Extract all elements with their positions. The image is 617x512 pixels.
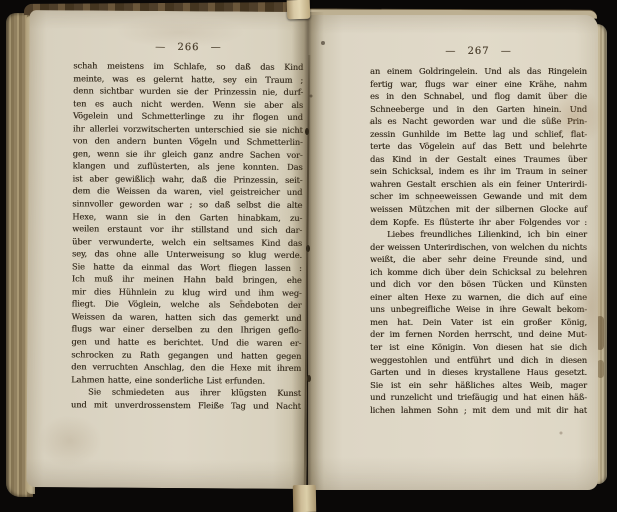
word: Weissen	[71, 311, 105, 321]
word: Gewalt	[522, 304, 551, 314]
word: eines	[494, 154, 516, 164]
word: alten	[398, 292, 419, 302]
word: im	[446, 129, 456, 139]
binding-thread-knot	[305, 128, 309, 135]
word: entführt	[457, 355, 491, 365]
word: mager	[560, 380, 587, 390]
word: welche	[170, 299, 199, 309]
word: mit	[456, 204, 470, 214]
word: süße	[542, 116, 562, 126]
word: eine	[135, 374, 152, 384]
word: erschien	[441, 179, 476, 189]
word: feiner	[516, 179, 540, 189]
word: das	[370, 154, 384, 164]
word: mit	[257, 363, 271, 373]
word: weggestohlen	[370, 355, 427, 365]
word: so	[216, 61, 225, 71]
word: konnten.	[243, 162, 279, 172]
word: als	[482, 179, 494, 189]
word: sind,	[545, 254, 565, 264]
text-line: undmitunverdrossenstemFleißeTagundNacht	[71, 399, 301, 413]
word: in	[386, 91, 394, 101]
word: gen,	[73, 148, 91, 158]
word: Garten	[496, 104, 525, 114]
word: zuflüsterten,	[137, 161, 189, 171]
word: runzelicht	[390, 392, 432, 402]
word: sey,	[72, 249, 87, 259]
word: da	[157, 186, 167, 196]
word: als	[198, 162, 210, 172]
word: lahmen	[401, 405, 431, 415]
word: als	[508, 66, 520, 76]
word: Von	[473, 342, 488, 352]
word: geistreicher	[230, 187, 280, 197]
word: ein	[501, 317, 514, 327]
word: und	[113, 161, 129, 171]
word: ihr	[171, 224, 183, 234]
text-line: ichkommedichüberdeinSchicksalzubelehren	[370, 267, 587, 280]
word: Es	[424, 217, 434, 227]
word: wahren	[370, 179, 401, 189]
binding-thread-knot	[307, 375, 311, 382]
word: in	[545, 355, 553, 365]
text-line: seinSchicksal,indemesihrimTrauminseiner	[370, 166, 587, 179]
word: fliegt.	[72, 299, 96, 309]
word: ihm	[258, 287, 274, 297]
word: auch	[112, 98, 132, 108]
word: jene	[217, 162, 234, 172]
word: freundliches	[420, 229, 471, 239]
word: mit	[94, 399, 108, 409]
word: auf	[462, 141, 475, 151]
word: und	[518, 329, 534, 339]
word: war	[99, 324, 115, 334]
word: scher	[370, 191, 393, 201]
word: Und	[211, 337, 228, 347]
text-line: eineraltenHexezuwarnen,diedichaufeine	[370, 292, 587, 305]
word: in	[548, 166, 556, 176]
left-page-text: schahmeistensimSchlafe,sodaßdasKindmeint…	[71, 60, 303, 413]
word: Und	[484, 66, 501, 76]
word: Gestalt	[457, 154, 486, 164]
word: flüsterte	[439, 217, 474, 227]
word: fliegen	[228, 262, 256, 272]
word: hatte,	[108, 374, 132, 384]
word: ist	[482, 317, 492, 327]
word: gemerkt	[244, 312, 279, 322]
word: Schicksal,	[392, 166, 434, 176]
word: ;	[190, 199, 193, 209]
wooden-stick-top	[287, 0, 311, 19]
word: terte	[370, 141, 390, 151]
word: Sachen	[250, 149, 280, 159]
word: Bette	[464, 129, 486, 139]
word: waren,	[129, 312, 157, 322]
word: Rath	[140, 349, 160, 359]
word: lichen	[370, 405, 395, 415]
word: Fleiße	[198, 400, 224, 410]
word: das	[483, 141, 497, 151]
word: lag	[493, 129, 506, 139]
word: meinte,	[73, 73, 104, 83]
word: List	[206, 375, 221, 385]
word: und	[498, 355, 514, 365]
word: ist	[72, 173, 82, 183]
word: Hahn	[183, 274, 206, 284]
word: hatten	[165, 312, 192, 322]
word: Weib,	[530, 380, 553, 390]
word: dem	[569, 191, 587, 201]
word: ist	[389, 342, 399, 352]
word: im	[399, 191, 409, 201]
text-line: aneinemGoldringelein.UndalsdasRingelein	[370, 66, 587, 79]
word: Gewande	[483, 191, 521, 201]
word: verruchten	[92, 362, 138, 372]
word: schlief,	[535, 129, 564, 139]
word: und	[528, 191, 544, 201]
word: ist	[391, 380, 401, 390]
word: flog	[494, 91, 510, 101]
word: und	[515, 405, 531, 415]
word: vor	[566, 217, 579, 227]
word: damit	[517, 91, 541, 101]
word: und	[370, 279, 386, 289]
word: der	[370, 329, 384, 339]
word: sich	[199, 312, 216, 322]
text-line: weissenMützchenmitdersilbernenGlockeauf	[370, 204, 587, 217]
word: mir	[72, 286, 86, 296]
word: es	[147, 337, 156, 347]
word: wurden	[139, 86, 170, 96]
word: und	[94, 337, 110, 347]
word: aber	[89, 173, 108, 183]
word: die	[211, 362, 224, 372]
word: seiner	[561, 166, 586, 176]
word: men	[370, 317, 388, 327]
word: hat	[530, 342, 543, 352]
word: Und	[570, 104, 587, 114]
word: warnen,	[468, 292, 502, 302]
word: schah	[73, 60, 97, 70]
word: Schmetterlinge	[141, 111, 205, 121]
text-line: scherimschneeweissenGewandeundmitdem	[370, 191, 587, 204]
word: einer	[566, 229, 587, 239]
word: Ihrigen	[240, 325, 270, 335]
text-line: GartenundindieseskrystalleneHausgesetzt.	[370, 367, 587, 380]
word: Krähe,	[529, 79, 556, 89]
word: in	[457, 104, 465, 114]
word: dein	[469, 267, 487, 277]
word: andre	[219, 149, 243, 159]
word: Lilienkind,	[478, 229, 522, 239]
word: Freunde	[503, 254, 538, 264]
text-line: alsesNachtgewordenwarunddiesüßePrin-	[370, 116, 587, 129]
word: sie	[550, 342, 562, 352]
word: Garten	[200, 212, 229, 222]
word: unbegreifliche	[390, 304, 450, 314]
word: andern	[117, 136, 146, 146]
word: und	[235, 287, 251, 297]
word: da	[112, 312, 122, 322]
word: Schnabel,	[424, 91, 465, 101]
word: dich	[521, 355, 539, 365]
word: bekom-	[557, 304, 587, 314]
word: aber	[264, 99, 283, 109]
word: sie	[244, 99, 256, 109]
word: den	[94, 136, 109, 146]
word: daß	[235, 61, 251, 71]
word: Sendeboten	[229, 300, 278, 310]
word: einer	[370, 292, 391, 302]
word: schmiedeten	[112, 387, 164, 397]
word: ich	[528, 229, 540, 239]
word: ein	[499, 179, 512, 189]
word: Weise	[456, 304, 480, 314]
word: fertig	[370, 79, 393, 89]
right-page-number: — 267 —	[370, 46, 587, 57]
word: Folgendes	[519, 217, 561, 227]
word: Vögeln	[189, 136, 217, 146]
text-line: lichenlahmenSohn;mitdemundmitdirhat	[370, 405, 587, 418]
word: Unterweisung	[166, 249, 224, 259]
word: war	[480, 116, 496, 126]
word: hat	[523, 392, 536, 402]
word: flugs	[71, 324, 91, 334]
word: vor	[150, 224, 163, 234]
word: den	[401, 91, 416, 101]
word: Mützchen	[409, 204, 450, 214]
text-line: derweissenUnterirdischen,vonwelchendunic…	[370, 242, 587, 255]
word: der	[435, 154, 449, 164]
word: und	[405, 367, 421, 377]
word: Hexe	[230, 363, 251, 373]
word: in	[419, 154, 427, 164]
word: die	[236, 338, 249, 348]
word: diesen	[560, 355, 587, 365]
word: und	[571, 254, 587, 264]
word: ihr	[479, 217, 491, 227]
word: was	[112, 73, 128, 83]
word: das	[94, 249, 108, 259]
word: diesen	[496, 342, 523, 352]
word: das	[398, 141, 412, 151]
word: aus	[175, 387, 189, 397]
word: einmal	[141, 262, 169, 272]
word: dem	[72, 186, 90, 196]
text-line: unsunbegreiflicheWeiseinihreGewaltbekom-	[370, 304, 587, 317]
word: bin	[546, 229, 559, 239]
word: berichtet.	[163, 337, 203, 347]
word: auf	[550, 292, 563, 302]
word: belehrte	[552, 141, 587, 151]
word: die	[268, 200, 281, 210]
word: Dein	[422, 317, 441, 327]
word: sichtbar	[100, 86, 134, 96]
word: die	[97, 186, 110, 196]
word: ich	[370, 267, 382, 277]
word: Traumes	[524, 154, 560, 164]
word: Vögelein	[73, 111, 108, 121]
word: denn	[73, 85, 94, 95]
word: Garten	[370, 367, 399, 377]
word: Kopfe.	[393, 217, 419, 227]
word: deine	[539, 329, 562, 339]
text-line: demKopfe.EsflüsterteihraberFolgendesvor:	[370, 217, 587, 230]
word: und	[237, 225, 253, 235]
word: vor	[418, 279, 431, 289]
word: ;	[464, 405, 467, 415]
word: Traum	[516, 166, 543, 176]
photograph-of-open-book: { "colors": { "background": "#0a0807", "…	[0, 0, 617, 512]
left-page-number: — 266 —	[73, 41, 303, 54]
word: gegangen	[168, 350, 209, 360]
word: mit	[549, 191, 563, 201]
word: war	[452, 79, 468, 89]
word: Vögelein	[419, 141, 454, 151]
word: sehr	[448, 254, 466, 264]
word: muß	[94, 274, 113, 284]
text-line: menhat.DeinVateristeingroßerKönig,	[370, 317, 587, 330]
word: zu	[536, 267, 546, 277]
word: zu	[452, 292, 462, 302]
word: Schneeberge	[370, 104, 424, 114]
word: von	[492, 242, 507, 252]
word: Bett	[504, 141, 521, 151]
word: im	[501, 166, 511, 176]
word: die	[508, 292, 521, 302]
word: es	[95, 98, 104, 108]
word: der	[194, 86, 208, 96]
text-line: derimfernenNordenherrscht,unddeineMut-	[370, 329, 587, 342]
word: bösen	[461, 279, 485, 289]
text-line: fertigwar,flugswareinereineKrähe,nahm	[370, 79, 587, 92]
word: die	[574, 91, 587, 101]
word: sie	[177, 86, 189, 96]
word: war	[167, 199, 183, 209]
word: und	[437, 392, 453, 402]
word: Kind	[392, 154, 411, 164]
word: einem	[387, 66, 412, 76]
word: fernen	[405, 329, 432, 339]
word: schneeweissen	[415, 191, 477, 201]
word: bringen,	[243, 275, 278, 285]
text-line: teristeineKönigin.Vondiesenhatsiedich	[370, 342, 587, 355]
word: den	[190, 362, 205, 372]
word: unterschied	[195, 124, 244, 134]
word: unverdrossenstem	[115, 399, 191, 410]
word: weilen	[72, 223, 99, 233]
word: Prinzessin,	[233, 174, 278, 184]
word: sie	[126, 149, 138, 159]
word: klangen	[73, 161, 106, 171]
word: meinen	[143, 274, 174, 284]
word: hat.	[397, 317, 413, 327]
word: klug	[182, 287, 200, 297]
word: Unterirdischen,	[424, 242, 489, 252]
word: Hexe	[424, 292, 445, 302]
word: sie	[265, 124, 277, 134]
word: auf	[574, 204, 587, 214]
word: die	[214, 174, 227, 184]
word: es	[387, 116, 396, 126]
word: erstaunt	[107, 224, 142, 234]
word: Wort	[200, 262, 220, 272]
word: im	[153, 61, 163, 71]
word: über	[568, 154, 587, 164]
word: Liebes	[387, 229, 414, 239]
word: ihr	[144, 149, 156, 159]
word: Tücken	[493, 279, 523, 289]
word: König,	[561, 317, 587, 327]
word: über	[548, 91, 567, 101]
word: nahm	[564, 79, 587, 89]
text-line: LiebesfreundlichesLilienkind,ichbineiner	[370, 229, 587, 242]
word: in	[158, 211, 166, 221]
word: seltsames	[213, 237, 254, 247]
word: ihr	[122, 274, 134, 284]
word: nichts	[562, 242, 587, 252]
wooden-stick-bottom	[293, 485, 316, 512]
word: so	[199, 199, 208, 209]
word: weißt,	[370, 254, 396, 264]
word: Goldringelein.	[419, 66, 478, 76]
word: ohne	[116, 249, 136, 259]
word: nicht	[141, 98, 162, 108]
word: und	[224, 137, 240, 147]
word: häßliches	[455, 380, 494, 390]
word: Hühnlein	[119, 287, 157, 297]
word: schrocken	[71, 349, 113, 359]
word: hatte,	[191, 74, 215, 84]
word: hinabkam,	[237, 212, 280, 222]
word: erfunden.	[225, 375, 265, 385]
text-line: weißt,dieabersehrdeineFreundesind,und	[370, 254, 587, 267]
word: sonderliche	[155, 375, 203, 385]
left-page: — 266 — schahmeistensimSchlafe,sodaßdasK…	[26, 10, 309, 489]
text-line: dasKindinderGestalteinesTraumesüber	[370, 154, 587, 167]
word: und	[529, 141, 545, 151]
binding-thread-knot	[306, 245, 310, 252]
word: den	[473, 104, 488, 114]
word: ihre	[500, 304, 516, 314]
word: du	[548, 242, 558, 252]
word: sein	[370, 166, 387, 176]
word: waren,	[174, 187, 202, 197]
text-line: tertedasVögeleinaufdasBettundbelehrte	[370, 141, 587, 154]
word: gesetzt.	[555, 367, 587, 377]
word: und	[71, 399, 87, 409]
word: sich	[261, 225, 278, 235]
word: einen	[541, 392, 564, 402]
word: Die	[105, 299, 119, 309]
word: zessin	[370, 129, 395, 139]
word: Hexe,	[72, 211, 96, 221]
word: vorzwitscherten	[123, 123, 189, 133]
word: daß	[215, 199, 231, 209]
word: so	[232, 250, 241, 260]
word: aber	[422, 254, 441, 264]
word: triefäugig	[457, 392, 498, 402]
word: Prin-	[567, 116, 587, 126]
word: altes	[502, 380, 522, 390]
word: Nacht	[402, 116, 427, 126]
word: welch	[161, 237, 185, 247]
word: und	[502, 116, 518, 126]
word: mit	[472, 405, 486, 415]
word: den	[438, 279, 453, 289]
word: gleich	[162, 149, 187, 159]
word: ein	[245, 74, 258, 84]
